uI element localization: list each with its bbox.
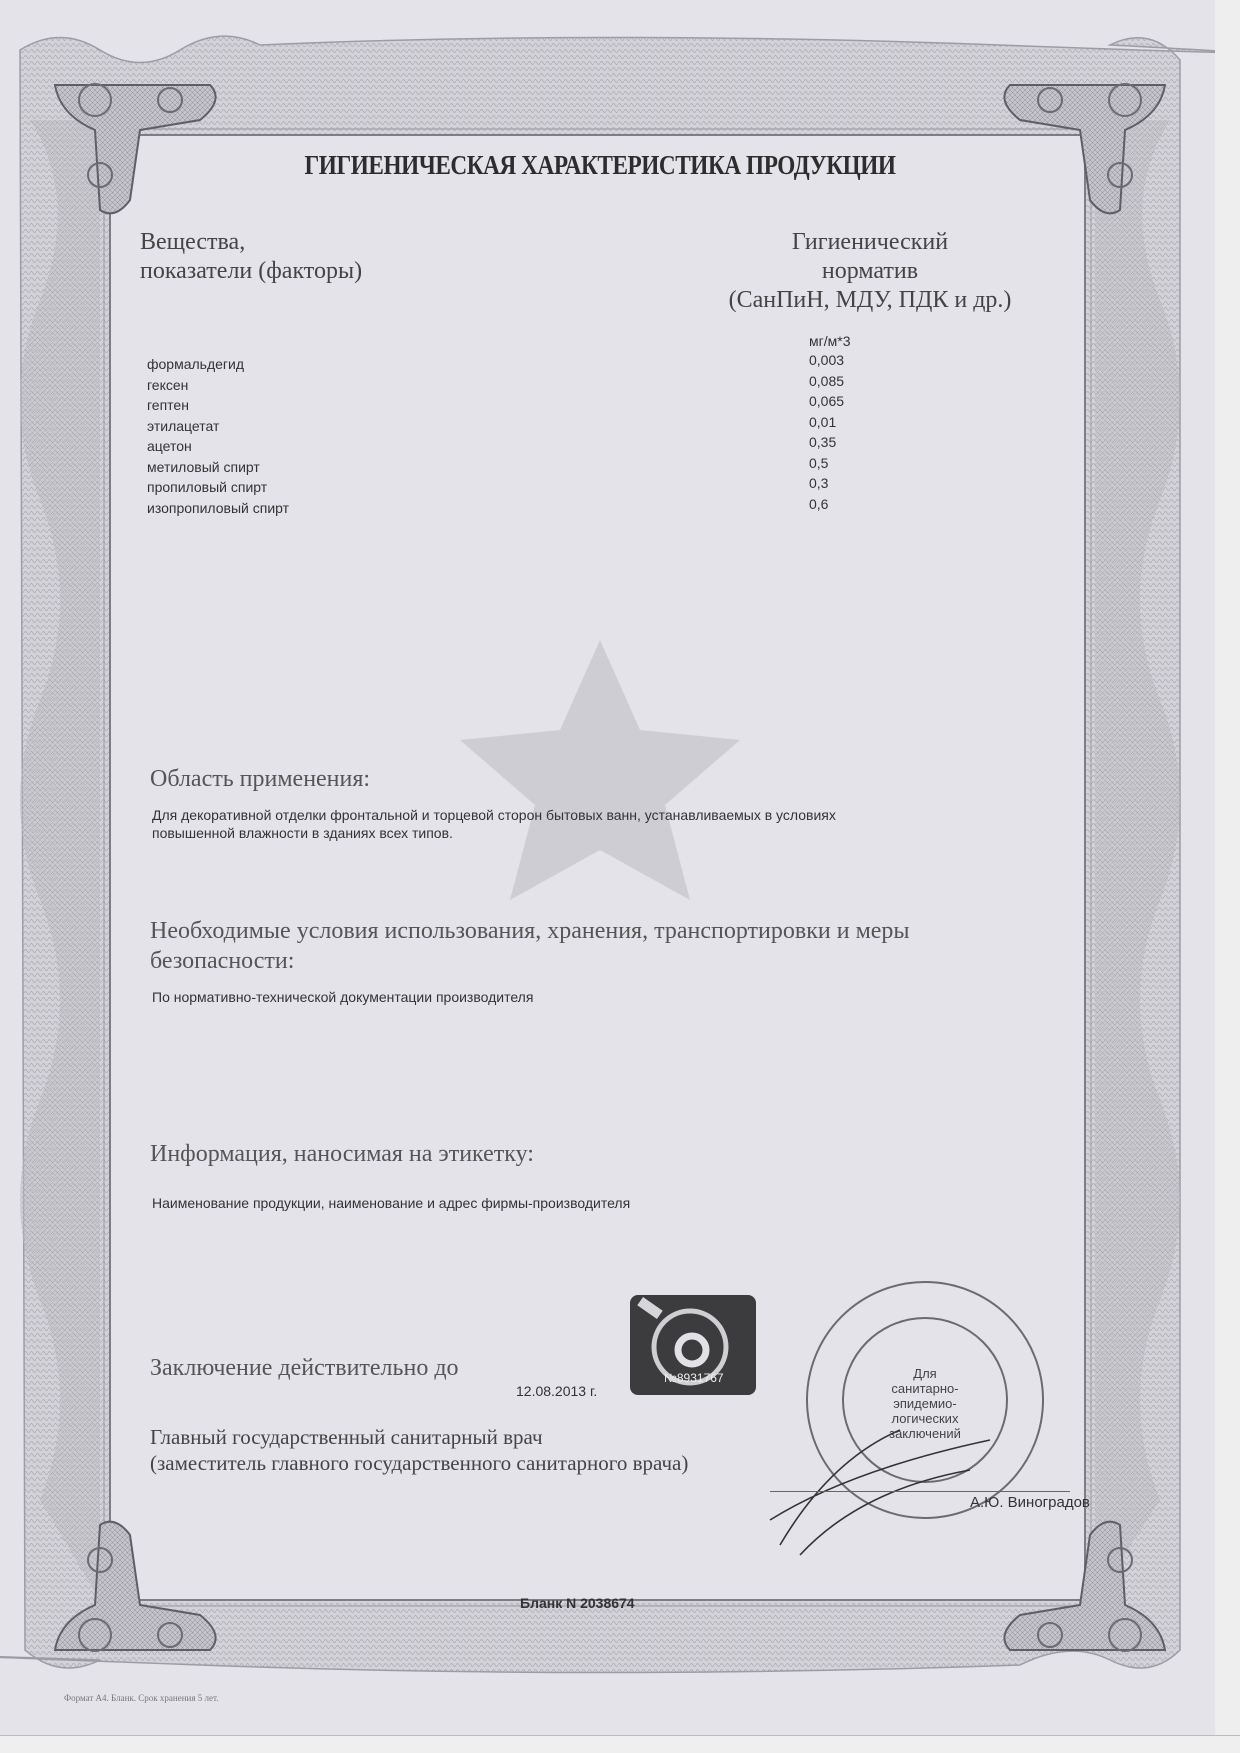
norm-value: 0,35 <box>809 432 844 453</box>
blank-number: Бланк N 2038674 <box>520 1595 635 1611</box>
hologram-serial: №8931767 <box>664 1371 724 1385</box>
substance-name: формальдегид <box>147 354 289 375</box>
substance-list: формальдегид гексен гептен этилацетат ац… <box>147 354 289 518</box>
substance-name: гексен <box>147 375 289 396</box>
signatory-title: Главный государственный санитарный врач … <box>150 1424 688 1476</box>
conditions-text: По нормативно-технической документации п… <box>152 988 533 1006</box>
substance-name: изопропиловый спирт <box>147 498 289 519</box>
units-label: мг/м*3 <box>809 333 850 349</box>
scan-margin-bottom <box>0 1735 1240 1753</box>
validity-label: Заключение действительно до <box>150 1355 459 1382</box>
label-info-text: Наименование продукции, наименование и а… <box>152 1194 630 1212</box>
norm-value: 0,3 <box>809 473 844 494</box>
norm-values: 0,003 0,085 0,065 0,01 0,35 0,5 0,3 0,6 <box>809 350 844 514</box>
conditions-title: Необходимые условия использования, хране… <box>150 916 910 976</box>
norm-value: 0,003 <box>809 350 844 371</box>
norm-value: 0,6 <box>809 494 844 515</box>
scan-margin-right <box>1215 0 1240 1753</box>
hologram-sticker: №8931767 <box>630 1295 756 1395</box>
substances-header: Вещества, показатели (факторы) <box>140 228 362 286</box>
seal-center-text: Для санитарно- эпидемио- логических закл… <box>870 1366 980 1441</box>
footer-note: Формат А4. Бланк. Срок хранения 5 лет. <box>64 1693 218 1703</box>
validity-date: 12.08.2013 г. <box>516 1382 597 1400</box>
norm-header: Гигиенический норматив (СанПиН, МДУ, ПДК… <box>720 228 1020 315</box>
substance-name: пропиловый спирт <box>147 477 289 498</box>
substance-name: ацетон <box>147 436 289 457</box>
substance-name: метиловый спирт <box>147 457 289 478</box>
scope-title: Область применения: <box>150 766 370 793</box>
document-title: ГИГИЕНИЧЕСКАЯ ХАРАКТЕРИСТИКА ПРОДУКЦИИ <box>84 150 1116 181</box>
label-info-title: Информация, наносимая на этикетку: <box>150 1141 534 1168</box>
scope-text: Для декоративной отделки фронтальной и т… <box>152 806 836 842</box>
norm-value: 0,065 <box>809 391 844 412</box>
signatory-name: А.Ю. Виноградов <box>970 1494 1090 1511</box>
substance-name: гептен <box>147 395 289 416</box>
signature-line <box>770 1491 1070 1492</box>
substance-name: этилацетат <box>147 416 289 437</box>
norm-value: 0,01 <box>809 412 844 433</box>
norm-value: 0,5 <box>809 453 844 474</box>
norm-value: 0,085 <box>809 371 844 392</box>
